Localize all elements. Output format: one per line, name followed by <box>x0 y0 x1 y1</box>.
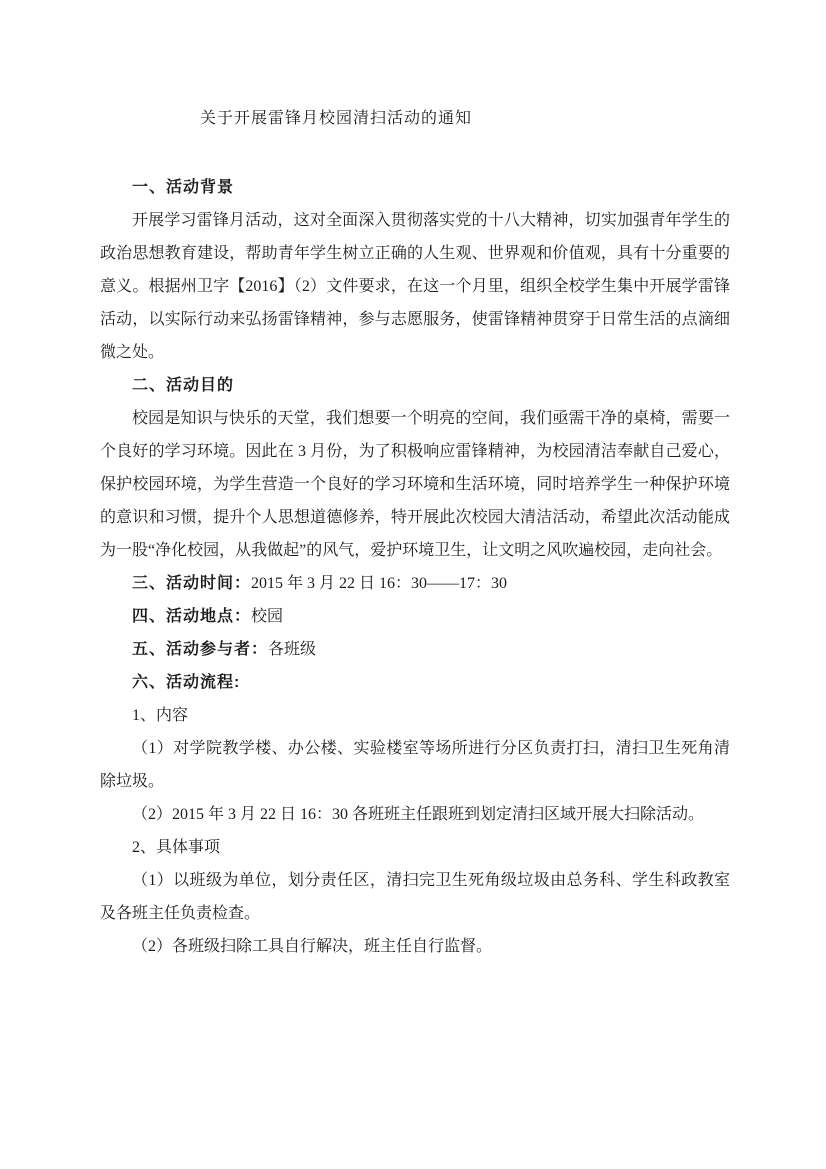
process-content-item1: （1）对学院教学楼、办公楼、实验楼室等场所进行分区负责打扫，清扫卫生死角清除垃圾… <box>100 732 730 798</box>
process-details-heading: 2、具体事项 <box>100 831 730 864</box>
section-background-paragraph: 开展学习雷锋月活动，这对全面深入贯彻落实党的十八大精神，切实加强青年学生的政治思… <box>100 204 730 369</box>
process-details-item1: （1）以班级为单位，划分责任区，清扫完卫生死角级垃圾由总务科、学生科政教室及各班… <box>100 864 730 930</box>
section-place-line: 四、活动地点：校园 <box>100 600 730 633</box>
process-content-item2: （2）2015 年 3 月 22 日 16：30 各班班主任跟班到划定清扫区域开… <box>100 798 730 831</box>
document-page: 关于开展雷锋月校园清扫活动的通知 一、活动背景 开展学习雷锋月活动，这对全面深入… <box>0 0 826 1169</box>
section-background-heading: 一、活动背景 <box>100 171 730 204</box>
section-participants-line: 五、活动参与者：各班级 <box>100 633 730 666</box>
section-participants-label: 五、活动参与者： <box>132 641 268 658</box>
document-title: 关于开展雷锋月校园清扫活动的通知 <box>200 102 730 135</box>
process-content-heading: 1、内容 <box>100 699 730 732</box>
process-details-item2: （2）各班级扫除工具自行解决，班主任自行监督。 <box>100 930 730 963</box>
section-process-label: 六、活动流程: <box>132 674 240 691</box>
section-time-value: 2015 年 3 月 22 日 16：30——17：30 <box>251 575 507 592</box>
section-purpose-paragraph: 校园是知识与快乐的天堂，我们想要一个明亮的空间，我们亟需干净的桌椅，需要一个良好… <box>100 402 730 567</box>
section-place-value: 校园 <box>251 608 283 625</box>
section-process-line: 六、活动流程: <box>100 666 730 699</box>
section-time-label: 三、活动时间： <box>132 575 251 592</box>
section-participants-value: 各班级 <box>268 641 316 658</box>
section-purpose-heading: 二、活动目的 <box>100 369 730 402</box>
section-place-label: 四、活动地点： <box>132 608 251 625</box>
section-time-line: 三、活动时间：2015 年 3 月 22 日 16：30——17：30 <box>100 567 730 600</box>
